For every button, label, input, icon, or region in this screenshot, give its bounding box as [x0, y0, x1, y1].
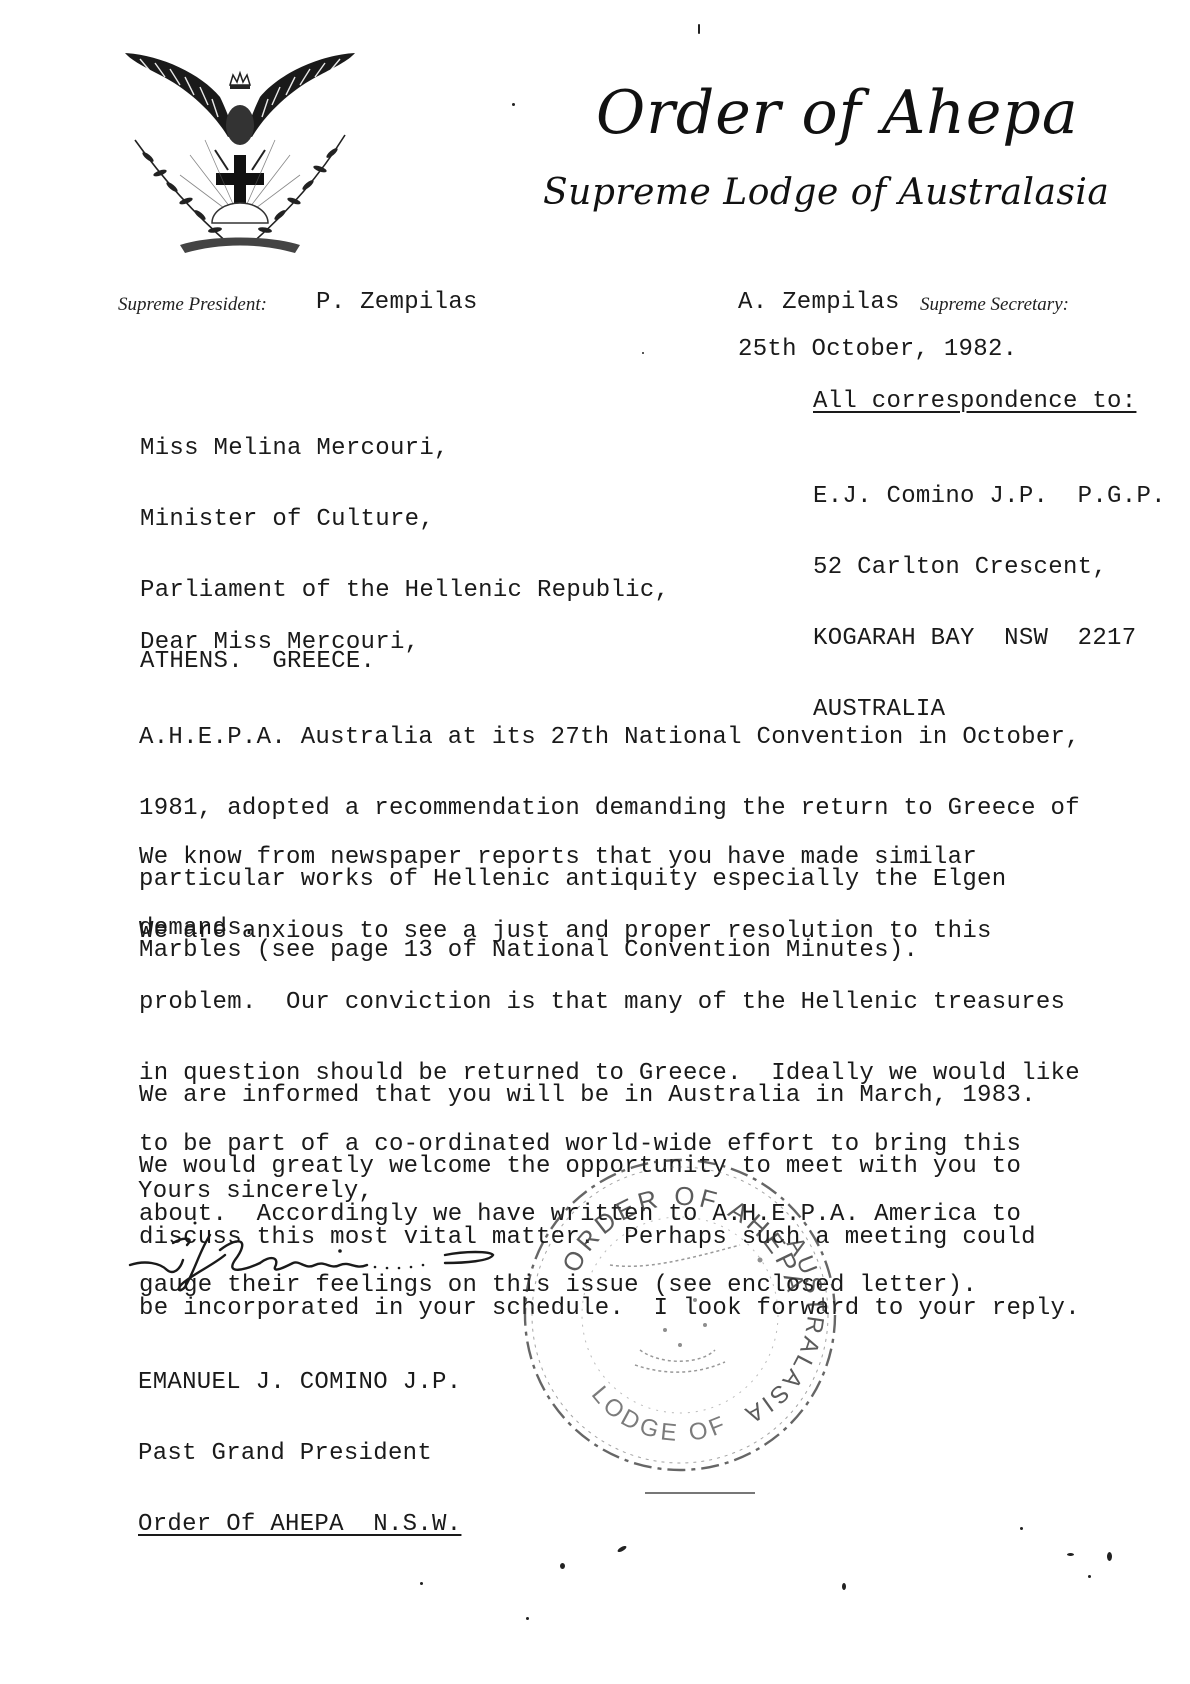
valediction: Yours sincerely, — [138, 1180, 373, 1204]
president-name: P. Zempilas — [316, 291, 478, 315]
correspondence-line: KOGARAH BAY NSW 2217 — [813, 627, 1166, 651]
correspondence-line: E.J. Comino J.P. P.G.P. — [813, 485, 1166, 509]
handwritten-signature-icon — [125, 1215, 510, 1300]
secretary-name: A. Zempilas — [738, 291, 900, 315]
body-line: A.H.E.P.A. Australia at its 27th Nationa… — [139, 726, 1080, 750]
signatory-title: Past Grand President — [138, 1442, 461, 1466]
salutation: Dear Miss Mercouri, — [140, 631, 419, 655]
body-line: We are informed that you will be in Aust… — [139, 1084, 1080, 1108]
letter-date: 25th October, 1982. — [738, 338, 1017, 362]
organization-seal: ORDER OF AHEPA AUSTRALASIA LODGE OF AUST… — [515, 1150, 845, 1480]
svg-text:ORDER OF AHEPA: ORDER OF AHEPA — [556, 1181, 812, 1298]
president-label: Supreme President: — [118, 294, 267, 316]
body-line: problem. Our conviction is that many of … — [139, 991, 1080, 1015]
eagle-seal-icon: ORDER OF AHEPA AUSTRALASIA LODGE OF AUST… — [515, 1150, 845, 1480]
body-line: We know from newspaper reports that you … — [139, 846, 977, 870]
correspondence-heading: All correspondence to: — [813, 390, 1136, 414]
recipient-line: Parliament of the Hellenic Republic, — [140, 579, 669, 603]
secretary-label: Supreme Secretary: — [920, 294, 1069, 316]
eagle-cross-emblem-icon — [120, 45, 360, 265]
recipient-line: Miss Melina Mercouri, — [140, 437, 669, 461]
letterhead-title: Order of Ahepa — [596, 78, 1079, 148]
signatory-organization: Order Of AHEPA N.S.W. — [138, 1513, 461, 1537]
correspondence-line: 52 Carlton Crescent, — [813, 556, 1166, 580]
seal-top-text: ORDER OF AHEPA — [556, 1181, 812, 1298]
letterhead-emblem — [120, 45, 360, 265]
signatory-name: EMANUEL J. COMINO J.P. — [138, 1371, 461, 1395]
signature — [125, 1215, 510, 1300]
body-line: We are anxious to see a just and proper … — [139, 920, 1080, 944]
recipient-line: Minister of Culture, — [140, 508, 669, 532]
letterhead-subtitle: Supreme Lodge of Australasia — [543, 172, 1109, 213]
signatory-block: EMANUEL J. COMINO J.P. Past Grand Presid… — [138, 1324, 461, 1560]
